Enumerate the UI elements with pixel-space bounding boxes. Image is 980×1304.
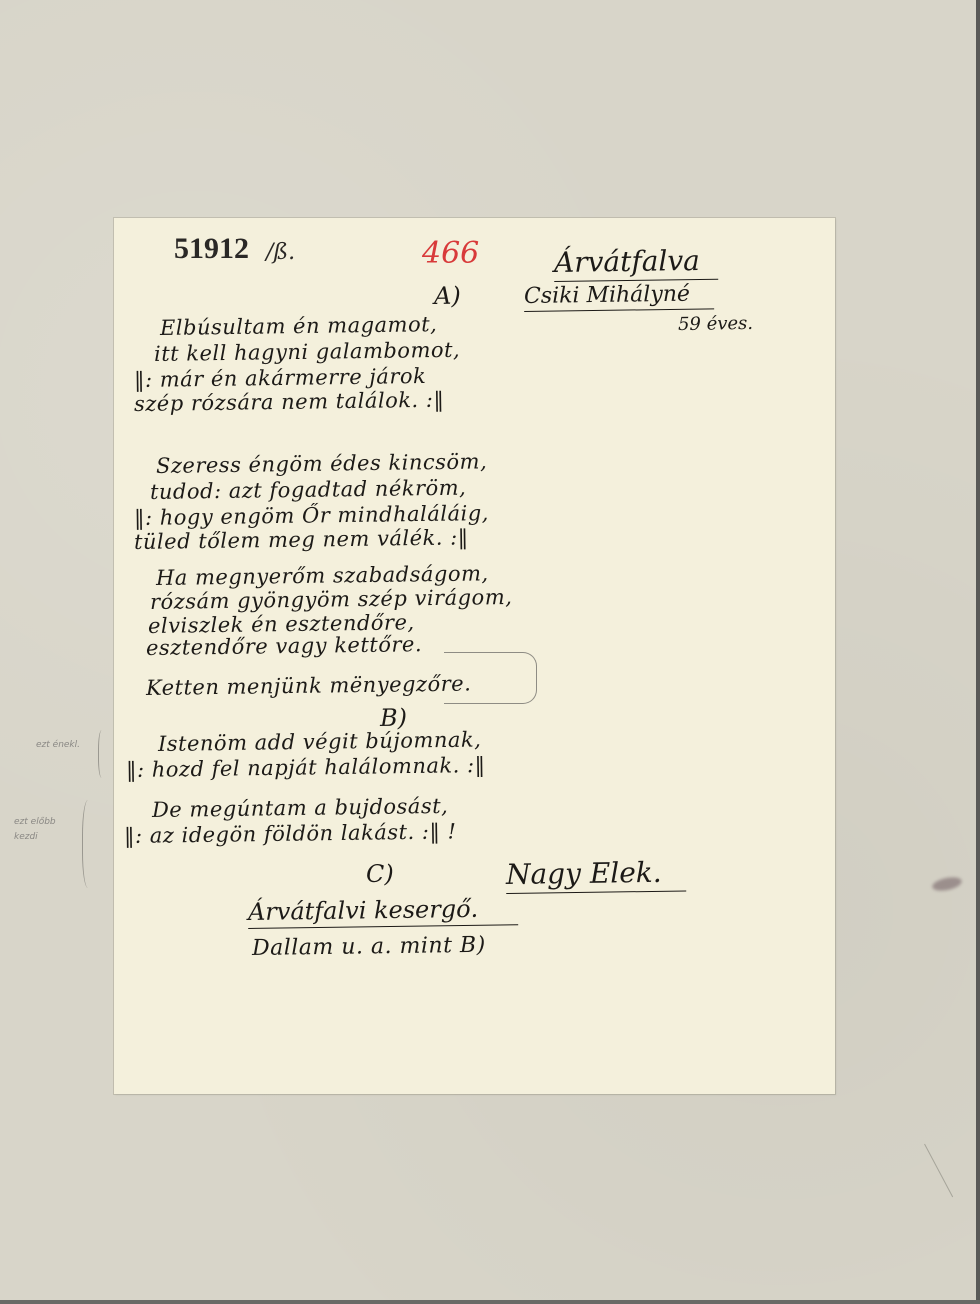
pencil-brace-1: [98, 730, 107, 778]
verse-1-line-1: Elbúsultam én magamot,: [160, 312, 438, 340]
inventory-suffix: /ß.: [266, 240, 295, 265]
section-a-marker: A): [434, 282, 461, 310]
place-name: Árvátfalva: [554, 244, 718, 282]
verse-2-line-4: tüled tőlem meg nem válék. :‖: [134, 525, 469, 554]
margin-note-1: ezt énekl.: [36, 738, 84, 753]
section-b-line-4: ‖: az idegön földön lakást. :‖ !: [124, 819, 457, 848]
verse-3-line-2: rózsám gyöngyöm szép virágom,: [150, 585, 513, 614]
section-b-line-2: ‖: hozd fel napját halálomnak. :‖: [126, 753, 486, 782]
inventory-number: 51912: [174, 232, 249, 266]
song-title: Árvátfalvi keserg​ő.: [248, 894, 519, 929]
section-b-line-3: De megúntam a bujdosást,: [152, 794, 449, 822]
red-catalog-number: 466: [422, 236, 479, 271]
mount-bottom-edge: [0, 1300, 980, 1304]
collector-name: Nagy Elek.: [506, 855, 686, 894]
verse-3-line-5: Ketten menjünk mënyegzőre.: [146, 671, 472, 700]
verse-1-line-2: itt kell hagyni galambomot,: [154, 338, 460, 366]
pencil-brace-2: [82, 800, 97, 888]
margin-note-2: ezt előbb kezdi: [14, 815, 74, 845]
pencil-brace-verse-3: [444, 652, 537, 704]
verse-2-line-2: tudod: azt fogadtad nékröm,: [150, 476, 467, 504]
verse-3-line-4: esztendőre vagy kettőre.: [146, 632, 422, 660]
verse-1-line-4: szép rózsára nem találok. :‖: [134, 388, 445, 416]
informant-name: Csiki Mihályné: [524, 281, 714, 312]
verse-2-line-1: Szeress éngöm édes kincsöm,: [156, 449, 487, 478]
informant-age: 59 éves.: [678, 313, 753, 335]
mount-right-edge: [976, 0, 980, 1304]
section-b-line-1: Istenöm add végit bújomnak,: [158, 727, 482, 756]
manuscript-card: 51912 /ß. 466 Árvátfalva A) Csiki Mihály…: [114, 218, 835, 1094]
melody-note: Dallam u. a. mint B): [252, 933, 486, 961]
section-c-marker: C): [366, 860, 394, 888]
